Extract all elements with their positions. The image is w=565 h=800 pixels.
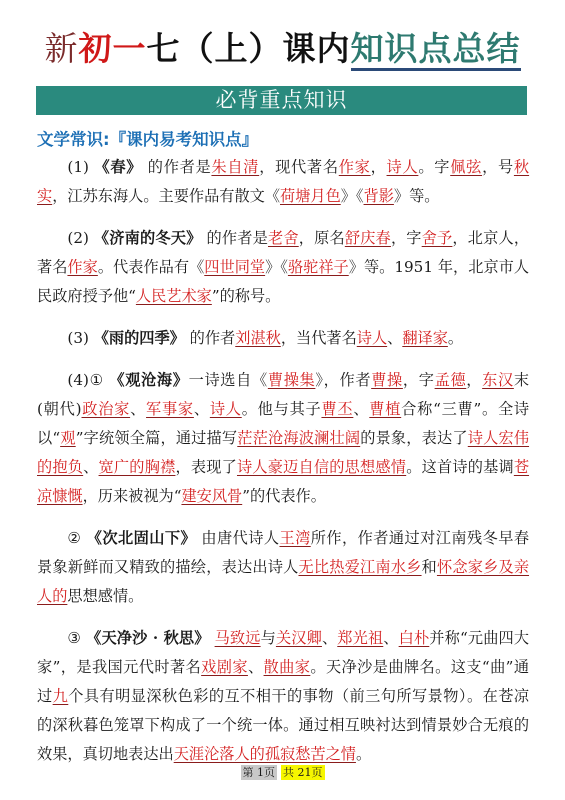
body-text: 思想感情。 xyxy=(67,587,143,605)
keyword-highlight: 翻译家 xyxy=(402,329,448,347)
body-text: ，字 xyxy=(391,229,422,247)
keyword-highlight: 戏剧家 xyxy=(201,658,248,676)
keyword-highlight: 荷塘月色 xyxy=(280,187,341,205)
keyword-highlight: 骆驼祥子 xyxy=(288,258,349,276)
knowledge-paragraph: (4)① 《观沧海》一诗选自《曹操集》，作者曹操，字孟德，东汉末(朝代)政治家、… xyxy=(37,366,529,511)
keyword-highlight: 作家 xyxy=(339,158,371,176)
work-title: 《天净沙 · 秋思》 xyxy=(86,629,209,647)
keyword-highlight: 茫茫沧海波澜壮阔 xyxy=(237,429,360,447)
keyword-highlight: 关汉卿 xyxy=(276,629,322,647)
body-text: 、 xyxy=(353,400,369,418)
body-text: ，表现了 xyxy=(175,458,237,476)
body-text: (2) xyxy=(67,229,94,247)
body-text: 、 xyxy=(194,400,210,418)
keyword-highlight: 孟德 xyxy=(435,371,467,389)
keyword-highlight: 观 xyxy=(60,429,76,447)
keyword-highlight: 老舍 xyxy=(268,229,299,247)
keyword-highlight: 郑光祖 xyxy=(337,629,383,647)
keyword-highlight: 人民艺术家 xyxy=(136,287,212,305)
keyword-highlight: 建安风骨 xyxy=(181,487,242,505)
title-part-grade: 七（上）课内 xyxy=(147,29,351,68)
knowledge-paragraph: ② 《次北固山下》 由唐代诗人王湾所作，作者通过对江南残冬早春景象新鲜而又精致的… xyxy=(37,524,529,611)
page-title: 新初一七（上）课内知识点总结 xyxy=(0,26,565,72)
section-banner: 必背重点知识 xyxy=(36,86,527,115)
content-body: (1) 《春》 的作者是朱自清，现代著名作家，诗人。字佩弦，号秋实，江苏东海人。… xyxy=(37,153,529,782)
keyword-highlight: 朱自清 xyxy=(211,158,259,176)
knowledge-paragraph: (3) 《雨的四季》 的作者刘湛秋，当代著名诗人、翻译家。 xyxy=(37,324,529,353)
keyword-highlight: 东汉 xyxy=(482,371,514,389)
body-text: 。字 xyxy=(418,158,450,176)
title-part-yi: 一 xyxy=(113,29,147,68)
keyword-highlight: 诗人豪迈自信的思想感情 xyxy=(237,458,406,476)
keyword-highlight: 舍予 xyxy=(422,229,453,247)
body-text: ，江苏东海人。主要作品有散文《 xyxy=(52,187,280,205)
current-page-indicator: 第 1页 xyxy=(241,765,278,780)
keyword-highlight: 马致远 xyxy=(215,629,261,647)
body-text: 的景象，表达了 xyxy=(360,429,468,447)
work-title: 《春》 xyxy=(94,158,142,176)
body-text: ”的称号。 xyxy=(212,287,281,305)
body-text: ”的代表作。 xyxy=(242,487,326,505)
body-text: 。 xyxy=(448,329,463,347)
body-text: 》，作者 xyxy=(315,371,371,389)
body-text: ， xyxy=(466,371,482,389)
body-text: ，历来被视为“ xyxy=(83,487,182,505)
body-text: (3) xyxy=(67,329,93,347)
body-text: 、 xyxy=(322,629,337,647)
body-text: 、 xyxy=(83,458,98,476)
body-text: 、 xyxy=(387,329,402,347)
keyword-highlight: 王湾 xyxy=(279,529,310,547)
body-text: 的作者是 xyxy=(202,229,268,247)
total-pages-indicator: 共 21页 xyxy=(281,765,325,780)
body-text: 的作者 xyxy=(185,329,235,347)
body-text: 》《 xyxy=(265,258,288,276)
body-text: ③ xyxy=(67,629,86,647)
keyword-highlight: 白朴 xyxy=(399,629,430,647)
keyword-highlight: 曹操 xyxy=(371,371,403,389)
body-text: 、 xyxy=(383,629,398,647)
work-title: 《济南的冬天》 xyxy=(94,229,202,247)
work-title: 《观沧海》 xyxy=(109,371,188,389)
body-text: 。这首诗的基调 xyxy=(406,458,514,476)
keyword-highlight: 刘湛秋 xyxy=(235,329,281,347)
keyword-highlight: 作家 xyxy=(67,258,97,276)
body-text: ，现代著名 xyxy=(259,158,339,176)
knowledge-paragraph: (2) 《济南的冬天》 的作者是老舍，原名舒庆春，字舍予，北京人，著名作家。代表… xyxy=(37,224,529,311)
keyword-highlight: 散曲家 xyxy=(264,658,311,676)
body-text: ，号 xyxy=(482,158,514,176)
body-text: 》《 xyxy=(341,187,364,205)
body-text: ”字统领全篇，通过描写 xyxy=(76,429,238,447)
body-text: ② xyxy=(67,529,86,547)
keyword-highlight: 诗人 xyxy=(387,158,419,176)
page-footer: 第 1页共 21页 xyxy=(0,766,565,780)
body-text: 的作者是 xyxy=(142,158,211,176)
keyword-highlight: 佩弦 xyxy=(450,158,482,176)
title-part-summary: 知识点总结 xyxy=(351,29,521,71)
keyword-highlight: 无比热爱江南水乡 xyxy=(298,558,421,576)
body-text: 》等。 xyxy=(394,187,440,205)
work-title: 《雨的四季》 xyxy=(94,329,185,347)
keyword-highlight: 政治家 xyxy=(82,400,131,418)
keyword-highlight: 背影 xyxy=(364,187,394,205)
knowledge-paragraph: (1) 《春》 的作者是朱自清，现代著名作家，诗人。字佩弦，号秋实，江苏东海人。… xyxy=(37,153,529,211)
keyword-highlight: 军事家 xyxy=(146,400,194,418)
title-part-chu: 初 xyxy=(79,29,113,68)
keyword-highlight: 天涯沦落人的孤寂愁苦之情 xyxy=(174,745,356,763)
keyword-highlight: 曹操集 xyxy=(268,371,316,389)
section-heading: 文学常识:『课内易考知识点』 xyxy=(37,128,258,152)
keyword-highlight: 曹植 xyxy=(369,400,401,418)
body-text: 一诗选自《 xyxy=(189,371,268,389)
keyword-highlight: 四世同堂 xyxy=(204,258,265,276)
keyword-highlight: 曹丕 xyxy=(321,400,353,418)
work-title: 《次北固山下》 xyxy=(87,529,196,547)
keyword-highlight: 九 xyxy=(53,687,69,705)
keyword-highlight: 诗人 xyxy=(357,329,387,347)
body-text: 与 xyxy=(261,629,276,647)
body-text: ，字 xyxy=(403,371,435,389)
body-text: 。他与其子 xyxy=(242,400,322,418)
body-text: 和 xyxy=(422,558,437,576)
body-text: 由唐代诗人 xyxy=(196,529,279,547)
body-text: 、 xyxy=(248,658,264,676)
knowledge-paragraph: ③ 《天净沙 · 秋思》 马致远与关汉卿、郑光祖、白朴并称“元曲四大家”，是我国… xyxy=(37,624,529,769)
body-text: ，原名 xyxy=(299,229,345,247)
body-text: (1) xyxy=(67,158,94,176)
keyword-highlight: 宽广的胸襟 xyxy=(99,458,176,476)
keyword-highlight: 诗人 xyxy=(210,400,242,418)
body-text: (4)① xyxy=(67,371,109,389)
body-text: 、 xyxy=(130,400,146,418)
body-text: ，当代著名 xyxy=(281,329,357,347)
title-part-xin: 新 xyxy=(45,29,79,68)
body-text: 。 xyxy=(356,745,371,763)
body-text: ， xyxy=(371,158,387,176)
body-text: 。代表作品有《 xyxy=(98,258,204,276)
keyword-highlight: 舒庆春 xyxy=(345,229,391,247)
